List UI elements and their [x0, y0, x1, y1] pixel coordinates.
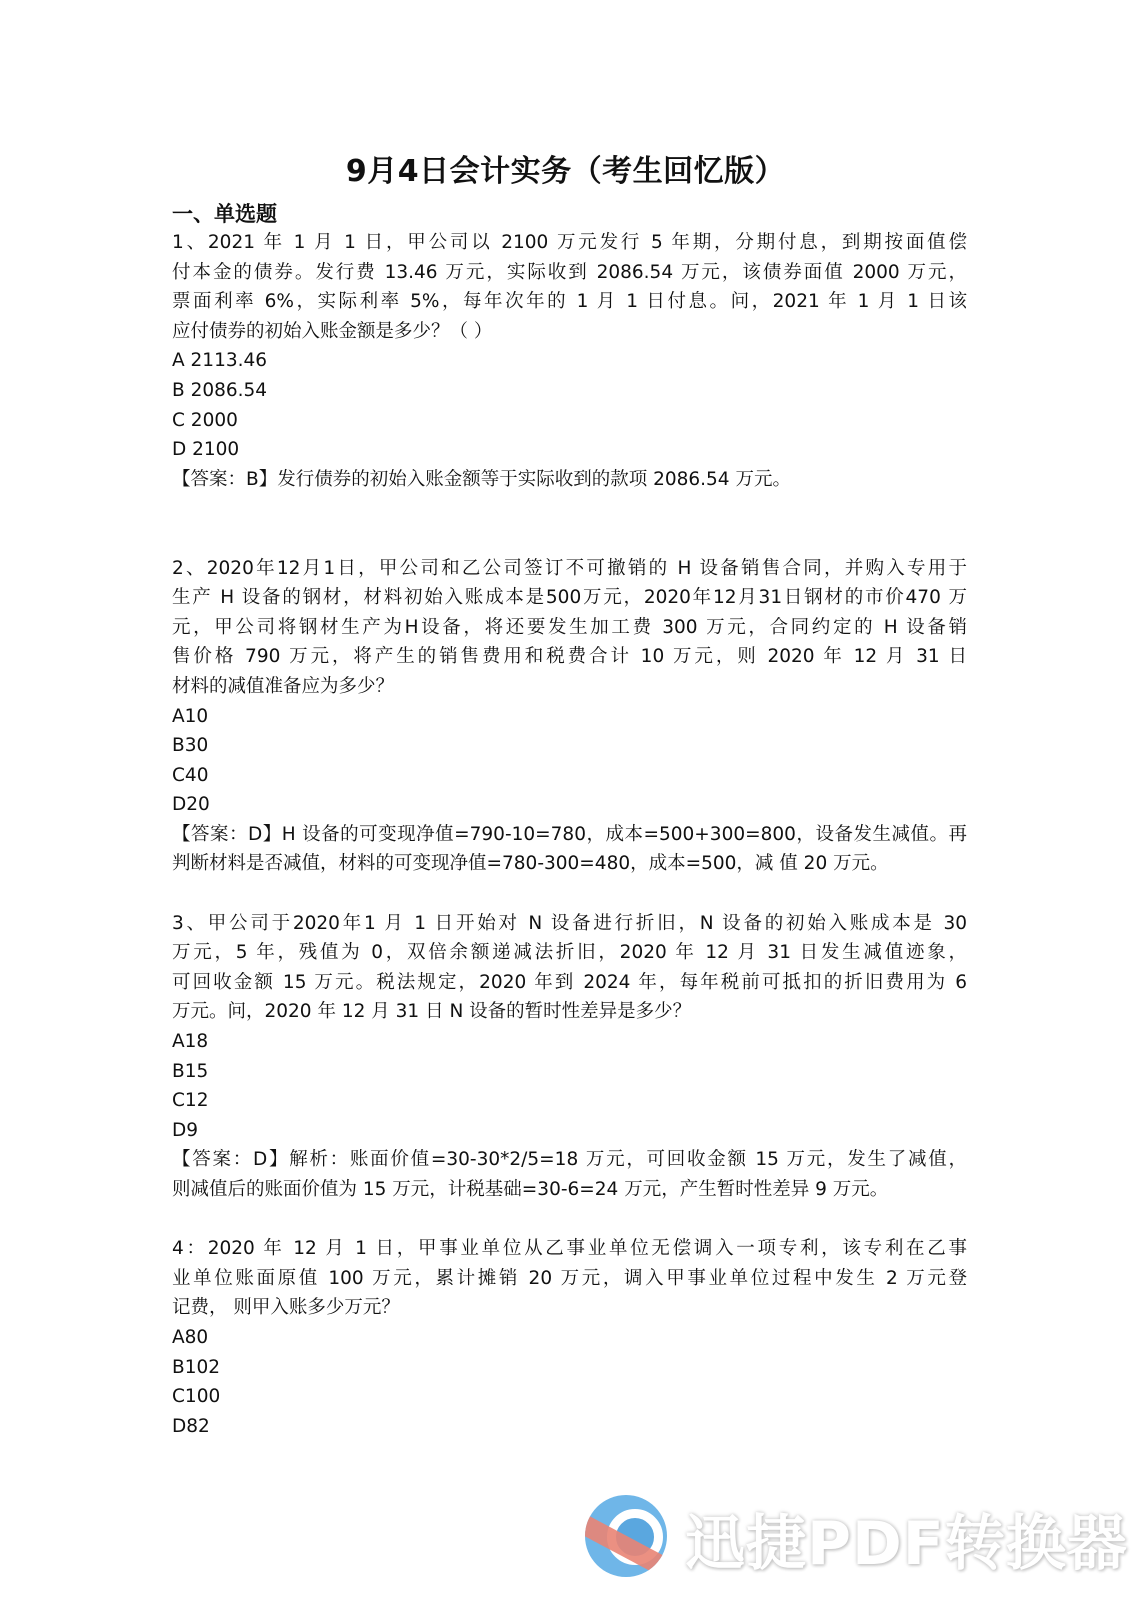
spacer: [172, 1205, 967, 1235]
answer-line: 【答案：D】H 设备的可变现净值=790-10=780，成本=500+300=8…: [172, 820, 967, 850]
option-b: B30: [172, 731, 967, 761]
section-heading: 一、单选题: [172, 198, 277, 228]
question-text-line: 付本金的债券。发行费 13.46 万元，实际收到 2086.54 万元，该债券面…: [172, 258, 967, 288]
question-text-line: 3、甲公司于2020年1 月 1 日开始对 N 设备进行折旧，N 设备的初始入账…: [172, 909, 967, 939]
answer-line: 判断材料是否减值，材料的可变现净值=780-300=480，成本=500，减 值…: [172, 849, 967, 879]
question-3: 3、甲公司于2020年1 月 1 日开始对 N 设备进行折旧，N 设备的初始入账…: [172, 909, 967, 1205]
option-a: A10: [172, 702, 967, 732]
document-page: 9月4日会计实务（考生回忆版） 一、单选题 1、2021 年 1 月 1 日，甲…: [0, 0, 1131, 1600]
question-text-line: 4：2020 年 12 月 1 日，甲事业单位从乙事业单位无偿调入一项专利，该专…: [172, 1234, 967, 1264]
question-text-line: 应付债券的初始入账金额是多少？（ ）: [172, 317, 967, 347]
option-d: D82: [172, 1412, 967, 1442]
answer-line: 【答案：D】解析：账面价值=30-30*2/5=18 万元，可回收金额 15 万…: [172, 1145, 967, 1175]
option-a: A80: [172, 1323, 967, 1353]
question-2: 2、2020年12月1日，甲公司和乙公司签订不可撤销的 H 设备销售合同，并购入…: [172, 554, 967, 880]
option-c: C12: [172, 1086, 967, 1116]
option-b: B 2086.54: [172, 376, 967, 406]
question-text-line: 1、2021 年 1 月 1 日，甲公司以 2100 万元发行 5 年期，分期付…: [172, 228, 967, 258]
watermark-text: 迅捷PDF转换器: [685, 1496, 1128, 1582]
option-c: C 2000: [172, 406, 967, 436]
question-1: 1、2021 年 1 月 1 日，甲公司以 2100 万元发行 5 年期，分期付…: [172, 228, 967, 494]
option-c: C40: [172, 761, 967, 791]
document-body: 1、2021 年 1 月 1 日，甲公司以 2100 万元发行 5 年期，分期付…: [172, 228, 967, 1441]
pdf-converter-logo-icon: [585, 1495, 667, 1577]
answer-line: 则减值后的账面价值为 15 万元，计税基础=30-6=24 万元，产生暂时性差异…: [172, 1175, 967, 1205]
question-text-line: 生产 H 设备的钢材，材料初始入账成本是500万元，2020年12月31日钢材的…: [172, 583, 967, 613]
question-text-line: 记费， 则甲入账多少万元？: [172, 1293, 967, 1323]
option-d: D9: [172, 1116, 967, 1146]
question-text-line: 业单位账面原值 100 万元，累计摊销 20 万元，调入甲事业单位过程中发生 2…: [172, 1264, 967, 1294]
question-4: 4：2020 年 12 月 1 日，甲事业单位从乙事业单位无偿调入一项专利，该专…: [172, 1234, 967, 1441]
watermark: 迅捷PDF转换器: [585, 1490, 1105, 1580]
question-text-line: 可回收金额 15 万元。税法规定，2020 年到 2024 年，每年税前可抵扣的…: [172, 968, 967, 998]
question-text-line: 票面利率 6%，实际利率 5%，每年次年的 1 月 1 日付息。问，2021 年…: [172, 287, 967, 317]
answer-line: 【答案：B】发行债券的初始入账金额等于实际收到的款项 2086.54 万元。: [172, 465, 967, 495]
document-title: 9月4日会计实务（考生回忆版）: [0, 146, 1131, 190]
option-b: B102: [172, 1353, 967, 1383]
question-text-line: 售价格 790 万元，将产生的销售费用和税费合计 10 万元，则 2020 年 …: [172, 642, 967, 672]
spacer: [172, 494, 967, 553]
option-a: A18: [172, 1027, 967, 1057]
question-text-line: 万元。问，2020 年 12 月 31 日 N 设备的暂时性差异是多少？: [172, 997, 967, 1027]
option-d: D 2100: [172, 435, 967, 465]
option-a: A 2113.46: [172, 346, 967, 376]
option-b: B15: [172, 1057, 967, 1087]
question-text-line: 材料的减值准备应为多少？: [172, 672, 967, 702]
spacer: [172, 879, 967, 909]
option-d: D20: [172, 790, 967, 820]
question-text-line: 2、2020年12月1日，甲公司和乙公司签订不可撤销的 H 设备销售合同，并购入…: [172, 554, 967, 584]
option-c: C100: [172, 1382, 967, 1412]
question-text-line: 元，甲公司将钢材生产为H设备，将还要发生加工费 300 万元，合同约定的 H 设…: [172, 613, 967, 643]
question-text-line: 万元，5 年，残值为 0，双倍余额递减法折旧，2020 年 12 月 31 日发…: [172, 938, 967, 968]
